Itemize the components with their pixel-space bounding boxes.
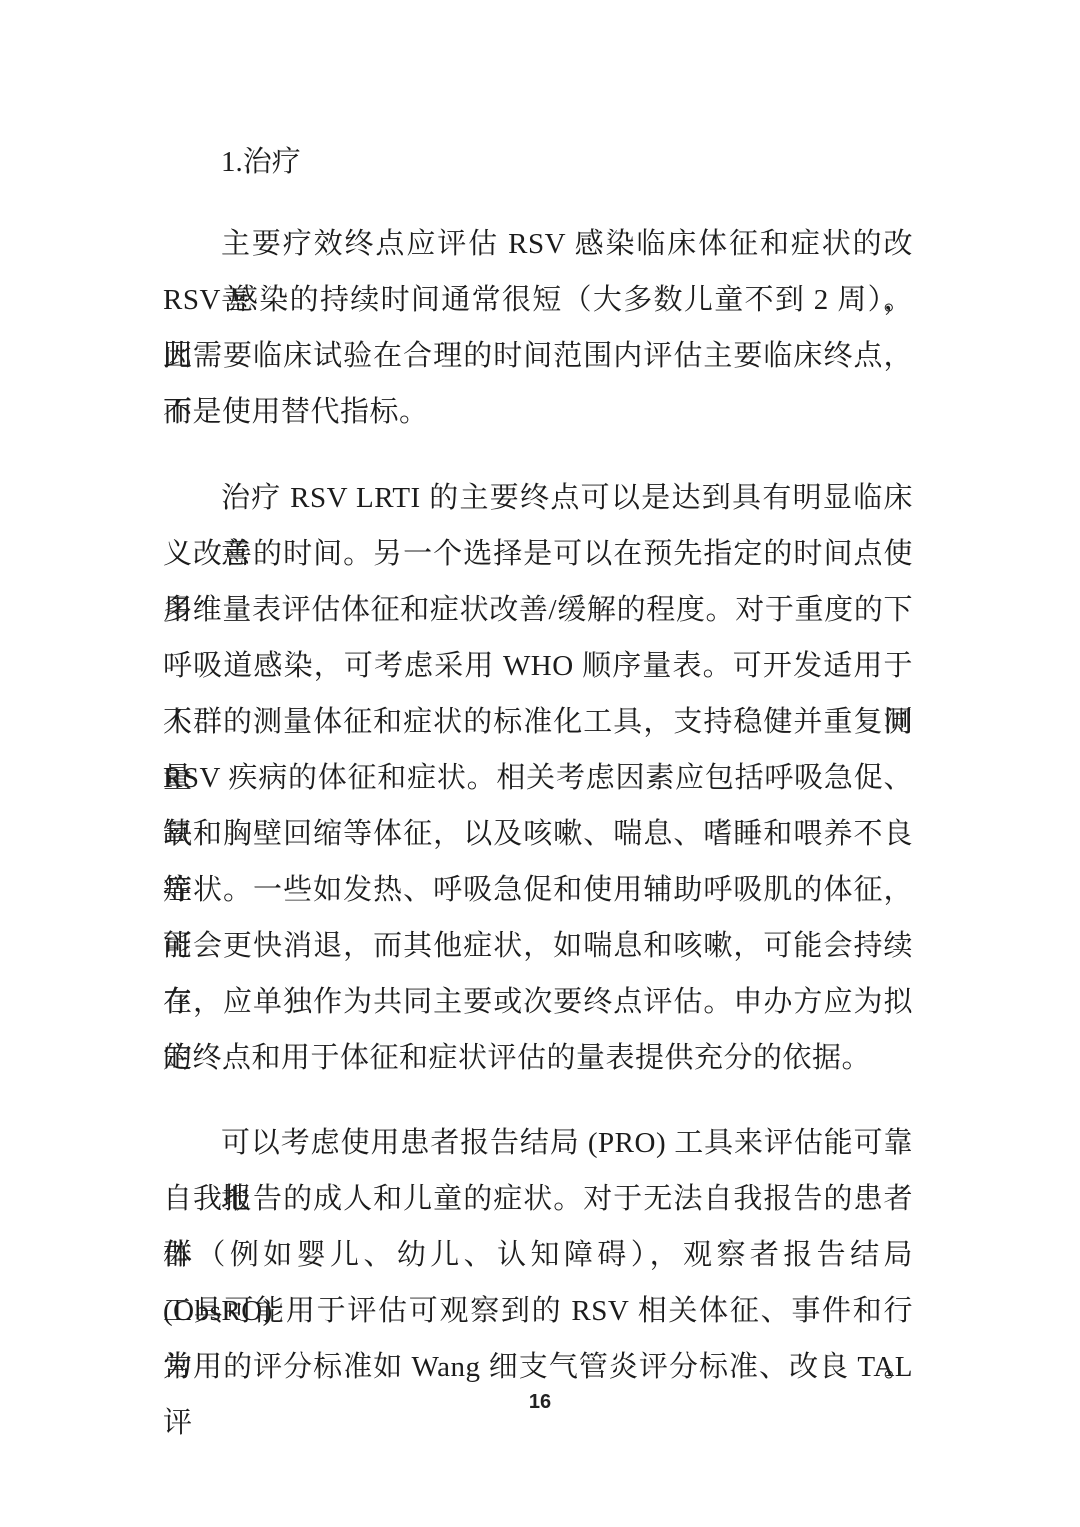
document-page: 1.治疗 主要疗效终点应评估 RSV 感染临床体征和症状的改善。 RSV 感染的… (0, 0, 1080, 1527)
section-heading: 1.治疗 (221, 134, 913, 190)
text-line: 不是使用替代指标。 (163, 384, 913, 440)
text-line: 能会更快消退，而其他症状，如喘息和咳嗽，可能会持续存 (163, 918, 913, 974)
text-line: 体（例如婴儿、幼儿、认知障碍），观察者报告结局 (ObsRO) (163, 1227, 913, 1283)
text-line: 工具可能用于评估可观察到的 RSV 相关体征、事件和行为。 (163, 1283, 913, 1339)
text-line: 此需要临床试验在合理的时间范围内评估主要临床终点，而 (163, 328, 913, 384)
paragraph-1: 主要疗效终点应评估 RSV 感染临床体征和症状的改善。 RSV 感染的持续时间通… (163, 216, 913, 440)
paragraph-3: 可以考虑使用患者报告结局 (PRO) 工具来评估能可靠地 自我报告的成人和儿童的… (163, 1115, 913, 1395)
text-line: 呼吸道感染，可考虑采用 WHO 顺序量表。可开发适用于不同 (163, 638, 913, 694)
text-line: 多维量表评估体征和症状改善/缓解的程度。对于重度的下 (163, 582, 913, 638)
text-line: 常用的评分标准如 Wang 细支气管炎评分标准、改良 TAL 评 (163, 1339, 913, 1395)
text-line: 主要疗效终点应评估 RSV 感染临床体征和症状的改善。 (163, 216, 913, 272)
text-line: RSV 疾病的体征和症状。相关考虑因素应包括呼吸急促、缺 (163, 750, 913, 806)
text-line: 可以考虑使用患者报告结局 (PRO) 工具来评估能可靠地 (163, 1115, 913, 1171)
text-line: 自我报告的成人和儿童的症状。对于无法自我报告的患者群 (163, 1171, 913, 1227)
text-line: 义改善的时间。另一个选择是可以在预先指定的时间点使用 (163, 526, 913, 582)
text-line: 人群的测量体征和症状的标准化工具，支持稳健并重复测量 (163, 694, 913, 750)
text-line: 在，应单独作为共同主要或次要终点评估。申办方应为拟定 (163, 974, 913, 1030)
text-line: 治疗 RSV LRTI 的主要终点可以是达到具有明显临床意 (163, 470, 913, 526)
paragraph-2: 治疗 RSV LRTI 的主要终点可以是达到具有明显临床意 义改善的时间。另一个… (163, 470, 913, 1086)
page-number: 16 (0, 1390, 1080, 1414)
text-line: 症状。一些如发热、呼吸急促和使用辅助呼吸肌的体征，可 (163, 862, 913, 918)
text-line: 的终点和用于体征和症状评估的量表提供充分的依据。 (163, 1030, 913, 1086)
text-line: 氧和胸壁回缩等体征，以及咳嗽、喘息、嗜睡和喂养不良等 (163, 806, 913, 862)
text-line: RSV 感染的持续时间通常很短（大多数儿童不到 2 周），因 (163, 272, 913, 328)
document-content: 1.治疗 主要疗效终点应评估 RSV 感染临床体征和症状的改善。 RSV 感染的… (163, 134, 913, 1395)
